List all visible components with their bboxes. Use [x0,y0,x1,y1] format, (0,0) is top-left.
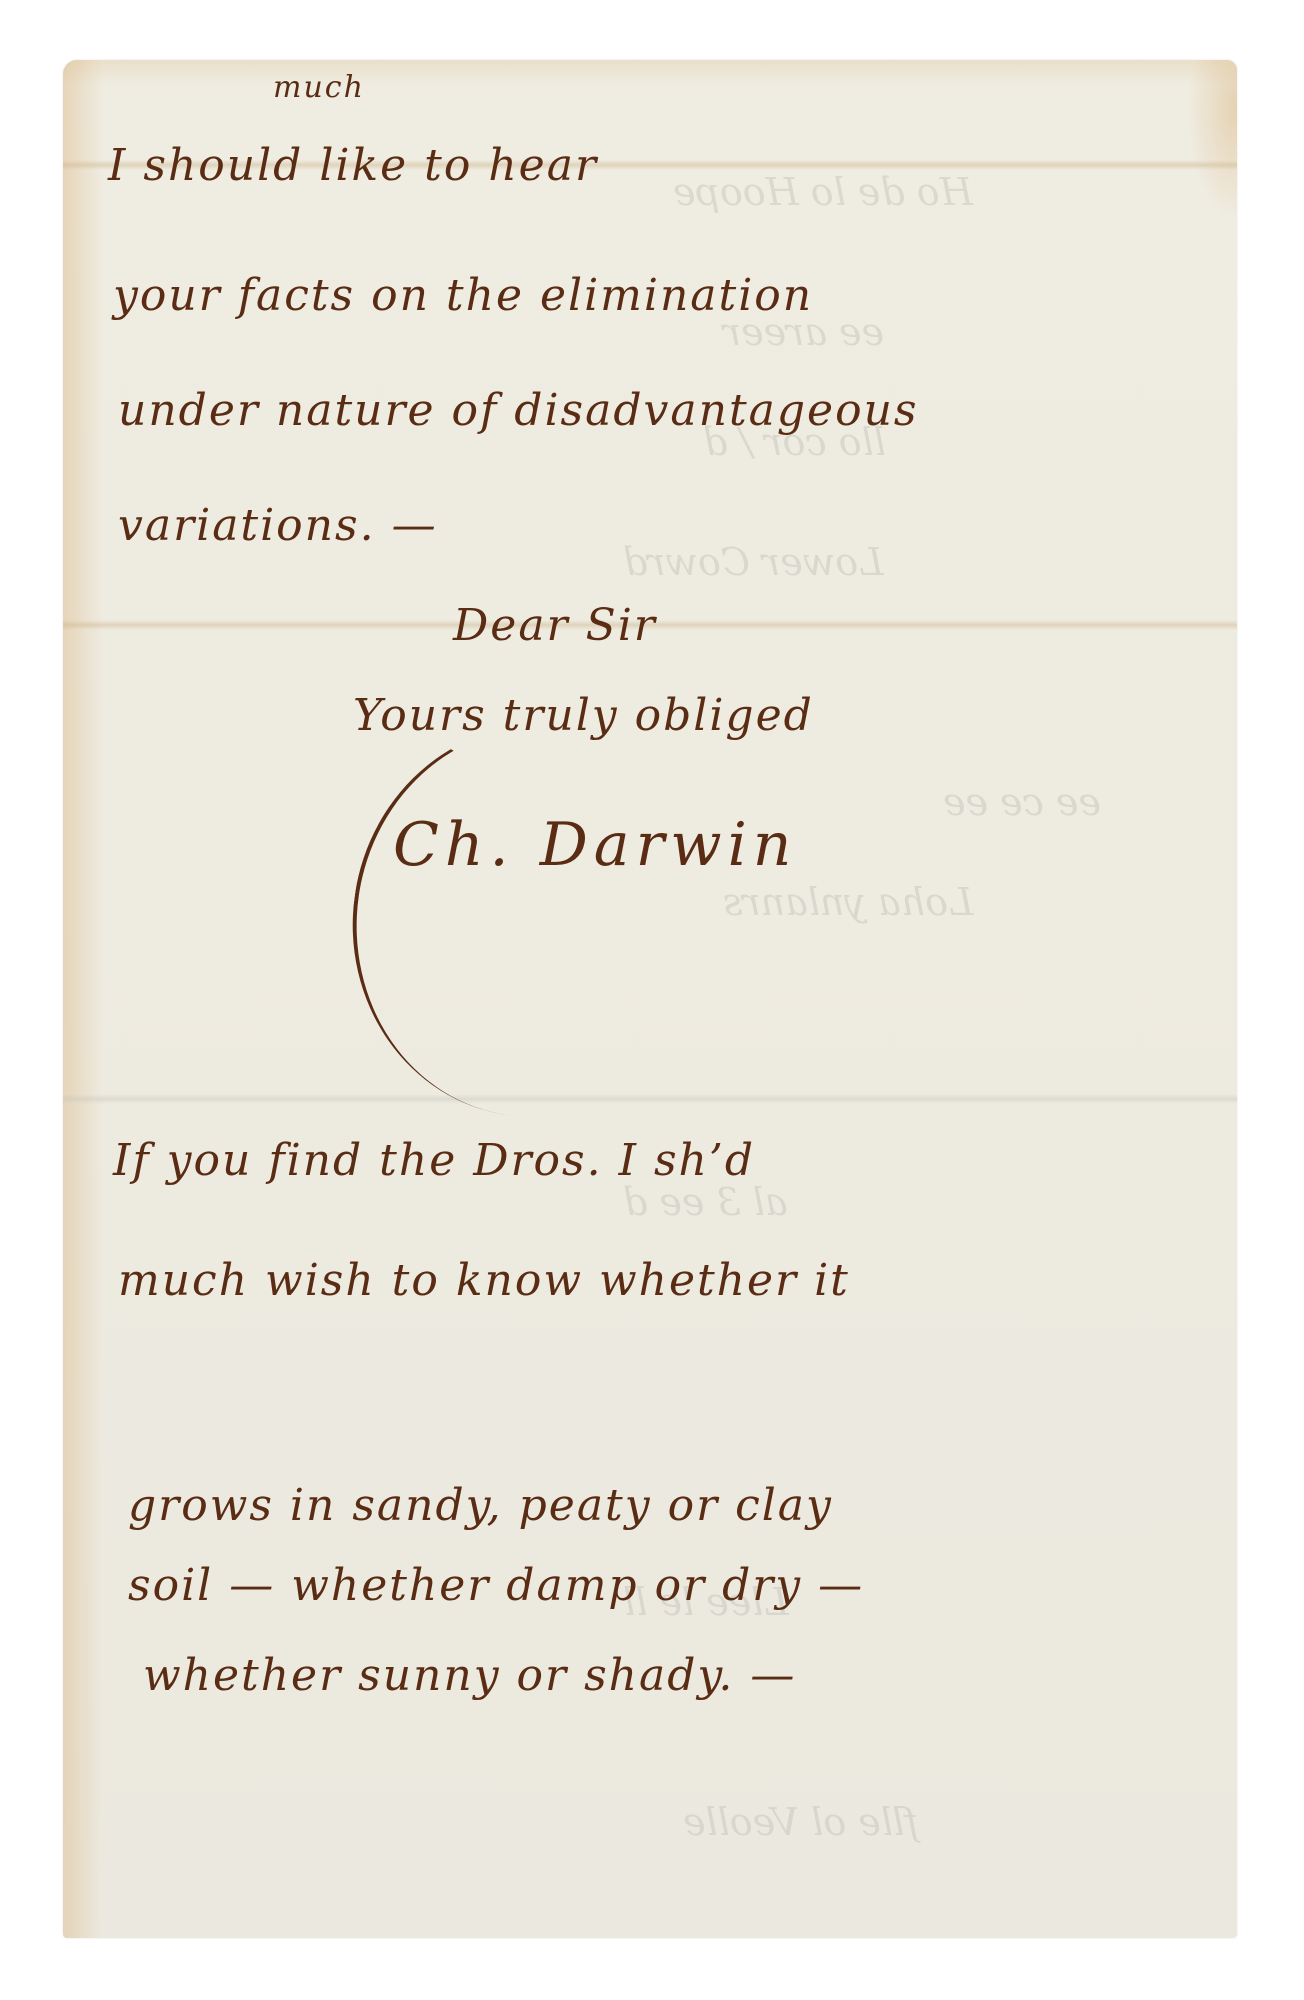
body-line-2: your facts on the elimination [113,270,813,321]
signature-flourish [327,702,742,1141]
letter-page: Ho de lo Hoope ee areer llo cor / d Lowe… [63,60,1237,1938]
body-line-1: I should like to hear [108,140,598,191]
bleed-through-text: Loha ynlanrs [723,880,973,924]
bleed-through-text: al 3 ee d [623,1180,788,1224]
postscript-line-5: whether sunny or shady. — [143,1650,796,1701]
postscript-line-2: much wish to know whether it [118,1255,850,1306]
body-line-3: under nature of disadvantageous [118,385,918,436]
body-line-4: variations. — [118,500,438,551]
insert-word: much [273,70,365,105]
postscript-line-3: grows in sandy, peaty or clay [128,1480,833,1531]
salutation: Dear Sir [453,600,657,651]
bleed-through-text: Lower Cowrd [623,540,883,584]
paper-stain-corner [1187,60,1237,220]
postscript-line-1: If you find the Dros. I sh’d [113,1135,755,1186]
postscript-line-4: soil — whether damp or dry — [128,1560,864,1611]
signature: Ch. Darwin [393,810,797,880]
bleed-through-text: flle ol Veolle [683,1800,918,1844]
paper-stain-top [63,60,1237,86]
bleed-through-text: ee ce ee [943,780,1101,824]
paper-stain-left [63,60,103,1938]
bleed-through-text: Ho de lo Hoope [673,170,973,214]
